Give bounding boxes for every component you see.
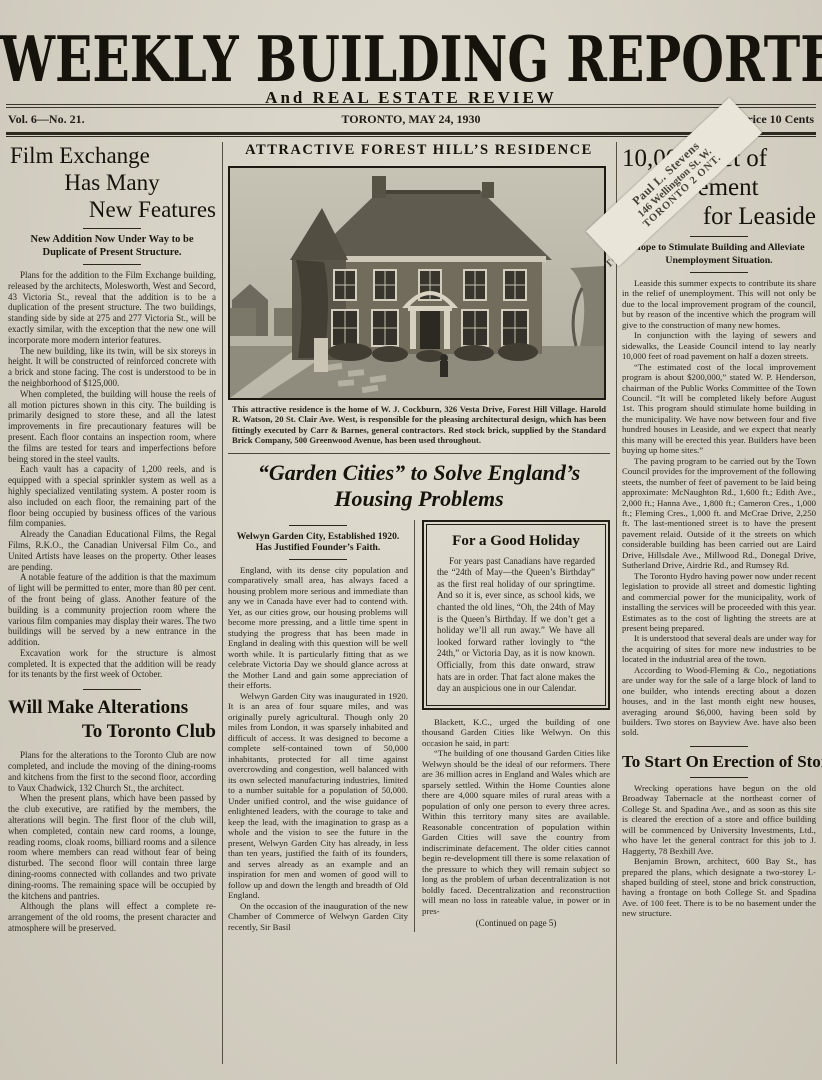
holiday-box-title: For a Good Holiday <box>437 533 595 550</box>
film-exchange-subhead: New Addition Now Under Way to be Duplica… <box>8 234 216 259</box>
newspaper-page: WEEKLY BUILDING REPORTER And REAL ESTATE… <box>0 0 822 1080</box>
paragraph: On the occasion of the inauguration of t… <box>228 901 408 933</box>
garden-left-subcolumn: Welwyn Garden City, Established 1920. Ha… <box>228 520 414 933</box>
paragraph: Although the plans will effect a complet… <box>8 901 216 933</box>
film-exchange-headline: Film Exchange Has Many New Features <box>8 142 216 223</box>
paragraph: Already the Canadian Educational Films, … <box>8 529 216 572</box>
paragraph: The paving program to be carried out by … <box>622 456 816 571</box>
right-column: 10,000 Feet of Pavement for Leaside Hope… <box>622 144 816 919</box>
column-rule-right <box>616 142 617 1064</box>
column-rule-left <box>222 142 223 1064</box>
divider <box>690 746 748 747</box>
divider <box>690 236 748 237</box>
toronto-club-headline: Will Make Alterations To Toronto Club <box>8 696 216 744</box>
paragraph: It is understood that several deals are … <box>622 633 816 664</box>
paragraph: Welwyn Garden City was inaugurated in 19… <box>228 691 408 901</box>
photo-headline: ATTRACTIVE FOREST HILL’S RESIDENCE <box>228 142 610 159</box>
paragraph: Blackett, K.C., urged the building of on… <box>422 717 610 749</box>
paragraph: “The building of one thousand Garden Cit… <box>422 748 610 916</box>
divider <box>690 272 748 273</box>
middle-column: ATTRACTIVE FOREST HILL’S RESIDENCE <box>228 142 610 932</box>
divider <box>289 525 347 526</box>
paragraph: “The estimated cost of the local improve… <box>622 362 816 456</box>
garden-right-subcolumn: For a Good Holiday For years past Canadi… <box>414 520 610 933</box>
welwyn-subhead: Welwyn Garden City, Established 1920. Ha… <box>228 531 408 554</box>
section-rule <box>228 453 610 454</box>
leaside-subhead: Hope to Stimulate Building and Alleviate… <box>622 242 816 267</box>
paragraph: According to Wood-Fleming & Co., negotia… <box>622 665 816 738</box>
paragraph: When completed, the building will house … <box>8 389 216 465</box>
residence-photo <box>228 166 606 400</box>
paragraph: A notable feature of the addition is tha… <box>8 572 216 648</box>
photo-caption: This attractive residence is the home of… <box>228 404 610 446</box>
garden-article-columns: Welwyn Garden City, Established 1920. Ha… <box>228 520 610 933</box>
garden-cities-headline: “Garden Cities” to Solve England’s Housi… <box>228 460 610 512</box>
dateline-bar: Vol. 6—No. 21. TORONTO, MAY 24, 1930 Pri… <box>6 110 816 130</box>
divider <box>690 777 748 778</box>
paragraph: Benjamin Brown, architect, 600 Bay St., … <box>622 856 816 919</box>
paragraph: Leaside this summer expects to contribut… <box>622 278 816 330</box>
paragraph: Wrecking operations have begun on the ol… <box>622 783 816 856</box>
paragraph: Plans for the addition to the Film Excha… <box>8 270 216 346</box>
paragraph: Excavation work for the structure is alm… <box>8 648 216 680</box>
stores-headline: To Start On Erection of Stores <box>622 752 816 772</box>
left-column: Film Exchange Has Many New Features New … <box>8 142 216 934</box>
divider <box>83 228 141 229</box>
paragraph: The new building, like its twin, will be… <box>8 346 216 389</box>
paragraph: England, with its dense city population … <box>228 565 408 691</box>
paragraph: Each vault has a capacity of 1,200 reels… <box>8 464 216 529</box>
paragraph: Plans for the alterations to the Toronto… <box>8 750 216 793</box>
paragraph: In conjunction with the laying of sewers… <box>622 330 816 361</box>
divider <box>83 264 141 265</box>
residence-photo-illustration <box>230 168 604 398</box>
paragraph: The Toronto Hydro having power now under… <box>622 571 816 634</box>
holiday-box-text: For years past Canadians have regarded t… <box>437 556 595 695</box>
issue-date: TORONTO, MAY 24, 1930 <box>6 112 816 127</box>
masthead-title: WEEKLY BUILDING REPORTER <box>0 22 822 96</box>
masthead-rule <box>6 104 816 108</box>
paragraph: When the present plans, which have been … <box>8 793 216 901</box>
divider <box>83 689 141 690</box>
holiday-box: For a Good Holiday For years past Canadi… <box>422 520 610 710</box>
continued-note: (Continued on page 5) <box>422 918 610 928</box>
divider <box>289 559 347 560</box>
